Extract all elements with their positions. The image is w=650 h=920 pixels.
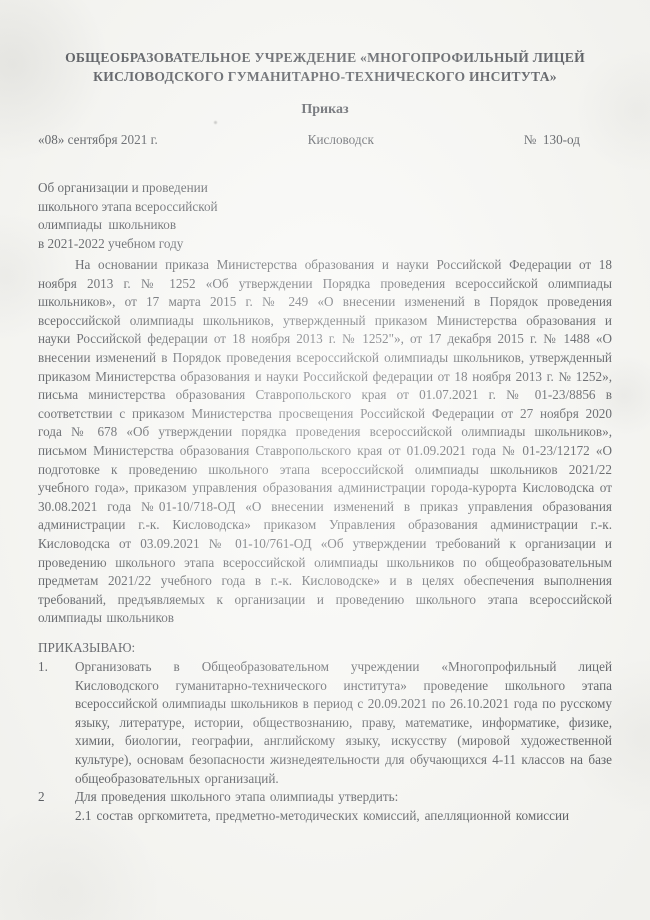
decree-list: 1. Организовать в Общеобразовательном уч… <box>38 658 612 825</box>
decree-subitem-2-1-marker: 2.1 <box>75 808 91 823</box>
doc-city: Кисловодск <box>308 131 374 150</box>
document-text-layer: ОБЩЕОБРАЗОВАТЕЛЬНОЕ УЧРЕЖДЕНИЕ «МНОГОПРО… <box>0 0 650 920</box>
doc-date: «08» сентября 2021 г. <box>38 131 158 150</box>
subject-line: школьного этапа всероссийской <box>38 198 318 217</box>
decree-item-2-text: Для проведения школьного этапа олимпиады… <box>75 788 612 807</box>
decree-item-2: 2 Для проведения школьного этапа олимпиа… <box>38 788 612 807</box>
subject-line: в 2021-2022 учебном году <box>38 235 318 254</box>
decree-heading: ПРИКАЗЫВАЮ: <box>38 639 135 658</box>
decree-item-2-marker: 2 <box>38 788 75 807</box>
decree-subitem-2-1: 2.1состав оргкомитета, предметно-методич… <box>75 807 612 826</box>
decree-item-1-text: Организовать в Общеобразовательном учреж… <box>75 658 612 788</box>
doc-type-title: Приказ <box>0 101 650 120</box>
org-name-heading: ОБЩЕОБРАЗОВАТЕЛЬНОЕ УЧРЕЖДЕНИЕ «МНОГОПРО… <box>38 48 612 86</box>
doc-subject-block: Об организации и проведении школьного эт… <box>38 179 318 253</box>
org-name-line2: КИСЛОВОДСКОГО ГУМАНИТАРНО-ТЕХНИЧЕСКОГО И… <box>38 67 612 86</box>
doc-number: № 130-од <box>524 131 580 150</box>
preamble-paragraph: На основании приказа Министерства образо… <box>38 256 612 628</box>
subject-line: Об организации и проведении <box>38 179 318 198</box>
decree-subitem-2-1-text: состав оргкомитета, предметно-методическ… <box>96 808 569 823</box>
scanned-order-page: ОБЩЕОБРАЗОВАТЕЛЬНОЕ УЧРЕЖДЕНИЕ «МНОГОПРО… <box>0 0 650 920</box>
doc-meta-row: «08» сентября 2021 г. Кисловодск № 130-о… <box>38 131 580 150</box>
decree-item-1-marker: 1. <box>38 658 75 677</box>
subject-line: олимпиады школьников <box>38 216 318 235</box>
scan-artifact-dot <box>214 121 217 124</box>
decree-item-1: 1. Организовать в Общеобразовательном уч… <box>38 658 612 788</box>
org-name-line1: ОБЩЕОБРАЗОВАТЕЛЬНОЕ УЧРЕЖДЕНИЕ «МНОГОПРО… <box>38 48 612 67</box>
